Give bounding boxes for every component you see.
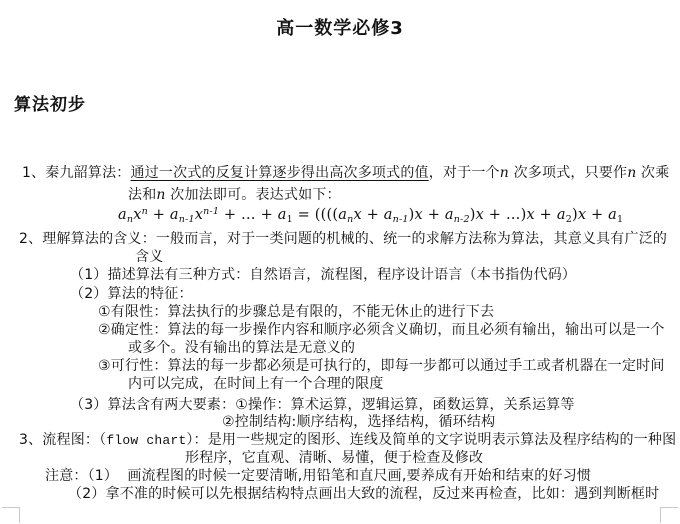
page-corner-mark-right [660, 507, 678, 523]
note-line-2: （2）拿不准的时候可以先根据结构特点画出大致的流程，反过来再检查，比如：遇到判断… [68, 486, 659, 503]
item-2-sub-2: （2）算法的特征： [70, 286, 193, 303]
item-3-line-1: 3、流程图：（flow chart）：是用一些规定的图形、连线及简单的文字说明表… [19, 432, 676, 449]
document-page: 高一数学必修3 算法初步 1、秦九韶算法：通过一次式的反复计算逐步得出高次多项式… [0, 0, 680, 524]
section-heading: 算法初步 [14, 90, 86, 115]
feature-determinacy-line-1: ②确定性：算法的每一步操作内容和顺序必须含义确切，而且必须有输出，输出可以是一个 [98, 322, 665, 339]
feature-feasibility-line-1: ③可行性：算法的每一步都必须是可执行的，即每一步都可以通过手工或者机器在一定时间 [98, 358, 665, 375]
feature-determinacy-line-2: 或多个。没有输出的算法是无意义的 [128, 340, 355, 357]
feature-feasibility-line-2: 内可以完成，在时间上有一个合理的限度 [128, 376, 384, 393]
item-3-line-2: 形程序，它直观、清晰、易懂，便于检查及修改 [185, 450, 483, 467]
item-2-sub-3-cont: ②控制结构:顺序结构，选择结构，循环结构 [222, 414, 495, 431]
feature-finiteness: ①有限性：算法执行的步骤总是有限的，不能无休止的进行下去 [98, 304, 494, 321]
item-1-line-1: 1、秦九韶算法：通过一次式的反复计算逐步得出高次多项式的值，对于一个n 次多项式… [22, 165, 669, 182]
doc-title: 高一数学必修3 [0, 14, 680, 40]
note-line-1: 注意：（1） 画流程图的时候一定要清晰,用铅笔和直尺画,要养成有开始和结束的好习… [45, 468, 591, 485]
page-corner-mark-left [2, 507, 20, 523]
item-1-line-2: 法和n 次加法即可。表达式如下： [128, 187, 341, 204]
qin-jiushao-formula: anxn + an-1xn-1 + … + a1 = ((((anx + an-… [118, 203, 623, 228]
item-2-sub-3: （3）算法含有两大要素：①操作：算术运算，逻辑运算，函数运算，关系运算等 [70, 397, 575, 414]
item-2-line-2: 含义 [135, 249, 163, 266]
item-2-sub-1: （1）描述算法有三种方式：自然语言，流程图，程序设计语言（本书指伪代码） [70, 267, 576, 284]
item-2-line-1: 2、理解算法的含义：一般而言，对于一类问题的机械的、统一的求解方法称为算法，其意… [19, 231, 667, 248]
